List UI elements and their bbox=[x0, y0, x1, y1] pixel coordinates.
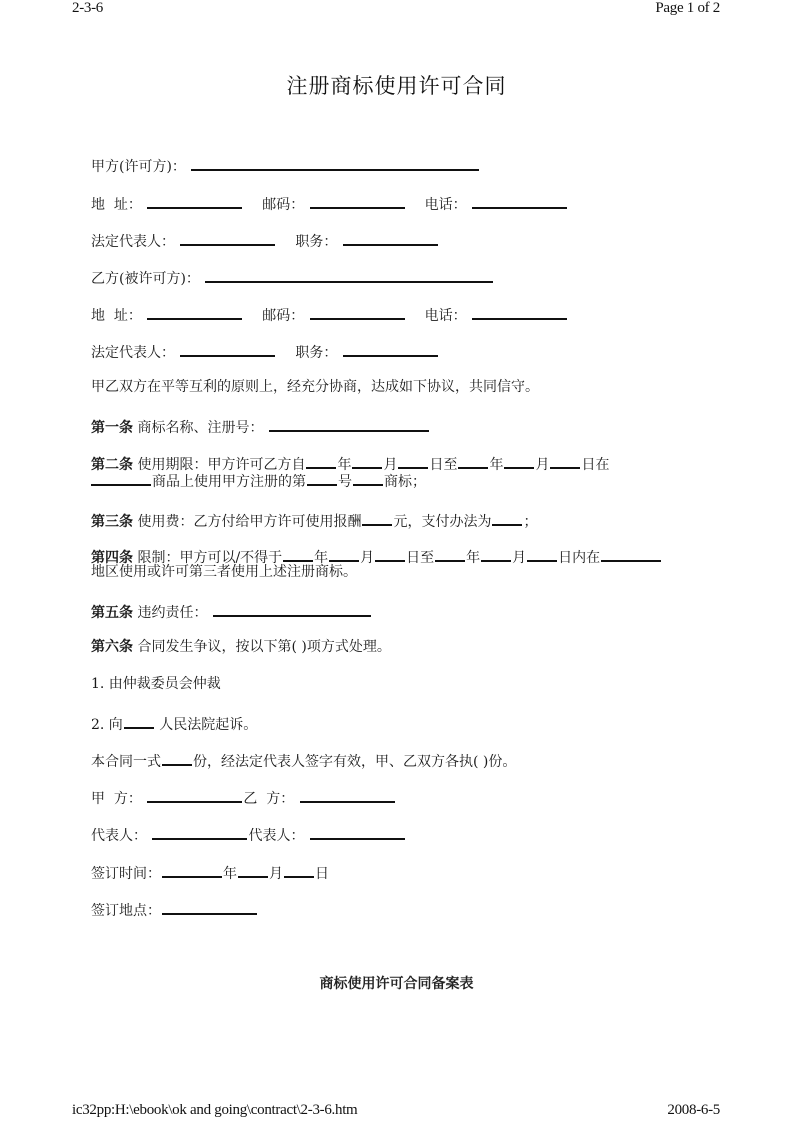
end-day-field[interactable] bbox=[550, 453, 580, 469]
article-3-text3: ； bbox=[523, 514, 537, 530]
fee-amount-field[interactable] bbox=[362, 510, 392, 526]
signing-year-field[interactable] bbox=[162, 862, 222, 878]
party-a-rep-row: 法定代表人： 职务： bbox=[91, 230, 439, 251]
sign-rep-b-label: 代表人： bbox=[248, 828, 304, 844]
party-a-name-row: 甲方(许可方)： bbox=[91, 155, 480, 176]
article-2-text2: 商品上使用甲方注册的第 bbox=[152, 474, 306, 490]
party-b-position-field[interactable] bbox=[343, 341, 438, 357]
month-label: 月 bbox=[512, 550, 526, 566]
header-page-indicator: Page 1 of 2 bbox=[655, 0, 720, 17]
party-a-legal-rep-field[interactable] bbox=[180, 230, 275, 246]
number-label: 号 bbox=[338, 474, 352, 490]
sign-rep-a-label: 代表人： bbox=[91, 828, 147, 844]
month-label: 月 bbox=[360, 550, 374, 566]
sign-party-b-field[interactable] bbox=[300, 787, 395, 803]
copies-text2: 份，经法定代表人签字有效，甲、乙双方各执( )份。 bbox=[193, 754, 516, 770]
limit-start-day-field[interactable] bbox=[375, 546, 405, 562]
sign-rep-b-field[interactable] bbox=[310, 824, 405, 840]
header-doc-id: 2-3-6 bbox=[72, 0, 103, 17]
limit-end-month-field[interactable] bbox=[481, 546, 511, 562]
signing-place-row: 签订地点： bbox=[91, 899, 258, 920]
article-5-text: 违约责任： bbox=[137, 605, 207, 621]
party-a-label: 甲方(许可方)： bbox=[91, 159, 186, 175]
end-month-field[interactable] bbox=[504, 453, 534, 469]
day-within-label: 日内在 bbox=[558, 550, 600, 566]
party-b-contact-row: 地 址： 邮码： 电话： bbox=[91, 304, 568, 325]
article-3: 第三条 使用费：乙方付给甲方许可使用报酬元，支付办法为； bbox=[91, 510, 537, 531]
trademark-field[interactable] bbox=[353, 470, 383, 486]
day-label: 日 bbox=[315, 866, 329, 882]
sign-party-a-label: 甲 方： bbox=[91, 791, 142, 807]
payment-method-field[interactable] bbox=[492, 510, 522, 526]
party-b-address-field[interactable] bbox=[147, 304, 242, 320]
start-year-field[interactable] bbox=[306, 453, 336, 469]
party-b-phone-field[interactable] bbox=[472, 304, 567, 320]
party-b-legal-rep-label: 法定代表人： bbox=[91, 345, 175, 361]
signing-date-row: 签订时间：年月日 bbox=[91, 862, 329, 883]
registration-number-field[interactable] bbox=[307, 470, 337, 486]
party-b-name-field[interactable] bbox=[205, 267, 493, 283]
article-2-line-2: 商品上使用甲方注册的第号商标； bbox=[91, 470, 426, 491]
year-label: 年 bbox=[489, 457, 503, 473]
article-1-text: 商标名称、注册号： bbox=[137, 420, 263, 436]
month-label: 月 bbox=[269, 866, 283, 882]
article-4-line-2: 地区使用或许可第三者使用上述注册商标。 bbox=[91, 564, 357, 581]
limit-start-year-field[interactable] bbox=[283, 546, 313, 562]
court-field[interactable] bbox=[124, 713, 154, 729]
party-a-address-label: 地 址： bbox=[91, 197, 142, 213]
article-6-text: 合同发生争议，按以下第( )项方式处理。 bbox=[137, 639, 390, 655]
signing-month-field[interactable] bbox=[238, 862, 268, 878]
copies-clause: 本合同一式份，经法定代表人签字有效，甲、乙双方各执( )份。 bbox=[91, 750, 516, 771]
party-a-postcode-label: 邮码： bbox=[262, 197, 304, 213]
goods-field[interactable] bbox=[91, 470, 151, 486]
party-a-phone-label: 电话： bbox=[425, 197, 467, 213]
start-day-field[interactable] bbox=[398, 453, 428, 469]
year-label: 年 bbox=[466, 550, 480, 566]
dispute-option-2: 2. 向 人民法院起诉。 bbox=[91, 713, 257, 734]
month-label: 月 bbox=[535, 457, 549, 473]
copies-count-field[interactable] bbox=[162, 750, 192, 766]
party-b-postcode-label: 邮码： bbox=[262, 308, 304, 324]
party-a-legal-rep-label: 法定代表人： bbox=[91, 234, 175, 250]
party-a-contact-row: 地 址： 邮码： 电话： bbox=[91, 193, 568, 214]
end-year-field[interactable] bbox=[458, 453, 488, 469]
party-a-postcode-field[interactable] bbox=[310, 193, 405, 209]
preamble: 甲乙双方在平等互利的原则上，经充分协商，达成如下协议，共同信守。 bbox=[91, 379, 539, 396]
article-5-heading: 第五条 bbox=[91, 605, 133, 621]
sign-party-b-label: 乙 方： bbox=[243, 791, 294, 807]
article-5: 第五条 违约责任： bbox=[91, 601, 372, 622]
footer-date: 2008-6-5 bbox=[667, 1102, 720, 1119]
sign-rep-a-field[interactable] bbox=[152, 824, 247, 840]
party-b-position-label: 职务： bbox=[295, 345, 337, 361]
filing-form-title: 商标使用许可合同备案表 bbox=[0, 973, 793, 993]
party-b-phone-label: 电话： bbox=[425, 308, 467, 324]
limit-end-day-field[interactable] bbox=[527, 546, 557, 562]
party-b-legal-rep-field[interactable] bbox=[180, 341, 275, 357]
party-a-position-label: 职务： bbox=[295, 234, 337, 250]
party-b-name-row: 乙方(被许可方)： bbox=[91, 267, 494, 288]
party-a-address-field[interactable] bbox=[147, 193, 242, 209]
article-3-text2: 元，支付办法为 bbox=[393, 514, 491, 530]
article-2-text3: 商标； bbox=[384, 474, 426, 490]
signing-place-label: 签订地点： bbox=[91, 903, 161, 919]
region-field[interactable] bbox=[601, 546, 661, 562]
day-to-label: 日至 bbox=[429, 457, 457, 473]
copies-text1: 本合同一式 bbox=[91, 754, 161, 770]
article-3-text1: 使用费：乙方付给甲方许可使用报酬 bbox=[137, 514, 361, 530]
party-b-postcode-field[interactable] bbox=[310, 304, 405, 320]
dispute-option-1: 1. 由仲裁委员会仲裁 bbox=[91, 676, 221, 693]
limit-end-year-field[interactable] bbox=[435, 546, 465, 562]
day-at-label: 日在 bbox=[581, 457, 609, 473]
dispute-option-2-prefix: 2. 向 bbox=[91, 717, 123, 733]
article-6-heading: 第六条 bbox=[91, 639, 133, 655]
signing-day-field[interactable] bbox=[284, 862, 314, 878]
limit-start-month-field[interactable] bbox=[329, 546, 359, 562]
party-a-name-field[interactable] bbox=[191, 155, 479, 171]
trademark-name-field[interactable] bbox=[269, 416, 429, 432]
year-label: 年 bbox=[223, 866, 237, 882]
party-b-label: 乙方(被许可方)： bbox=[91, 271, 200, 287]
document-title: 注册商标使用许可合同 bbox=[0, 70, 793, 100]
start-month-field[interactable] bbox=[352, 453, 382, 469]
party-a-position-field[interactable] bbox=[343, 230, 438, 246]
signing-place-field[interactable] bbox=[162, 899, 257, 915]
article-1-heading: 第一条 bbox=[91, 420, 133, 436]
party-a-phone-field[interactable] bbox=[472, 193, 567, 209]
footer-source-path: ic32pp:H:\ebook\ok and going\contract\2-… bbox=[72, 1102, 357, 1119]
signature-parties-row: 甲 方： 乙 方： bbox=[91, 787, 396, 808]
dispute-option-2-suffix: 人民法院起诉。 bbox=[155, 717, 257, 733]
article-6: 第六条 合同发生争议，按以下第( )项方式处理。 bbox=[91, 639, 391, 656]
party-b-address-label: 地 址： bbox=[91, 308, 142, 324]
signature-reps-row: 代表人： 代表人： bbox=[91, 824, 406, 845]
day-to-label: 日至 bbox=[406, 550, 434, 566]
sign-party-a-field[interactable] bbox=[147, 787, 242, 803]
article-1: 第一条 商标名称、注册号： bbox=[91, 416, 430, 437]
signing-date-label: 签订时间： bbox=[91, 866, 161, 882]
article-3-heading: 第三条 bbox=[91, 514, 133, 530]
breach-liability-field[interactable] bbox=[213, 601, 371, 617]
party-b-rep-row: 法定代表人： 职务： bbox=[91, 341, 439, 362]
